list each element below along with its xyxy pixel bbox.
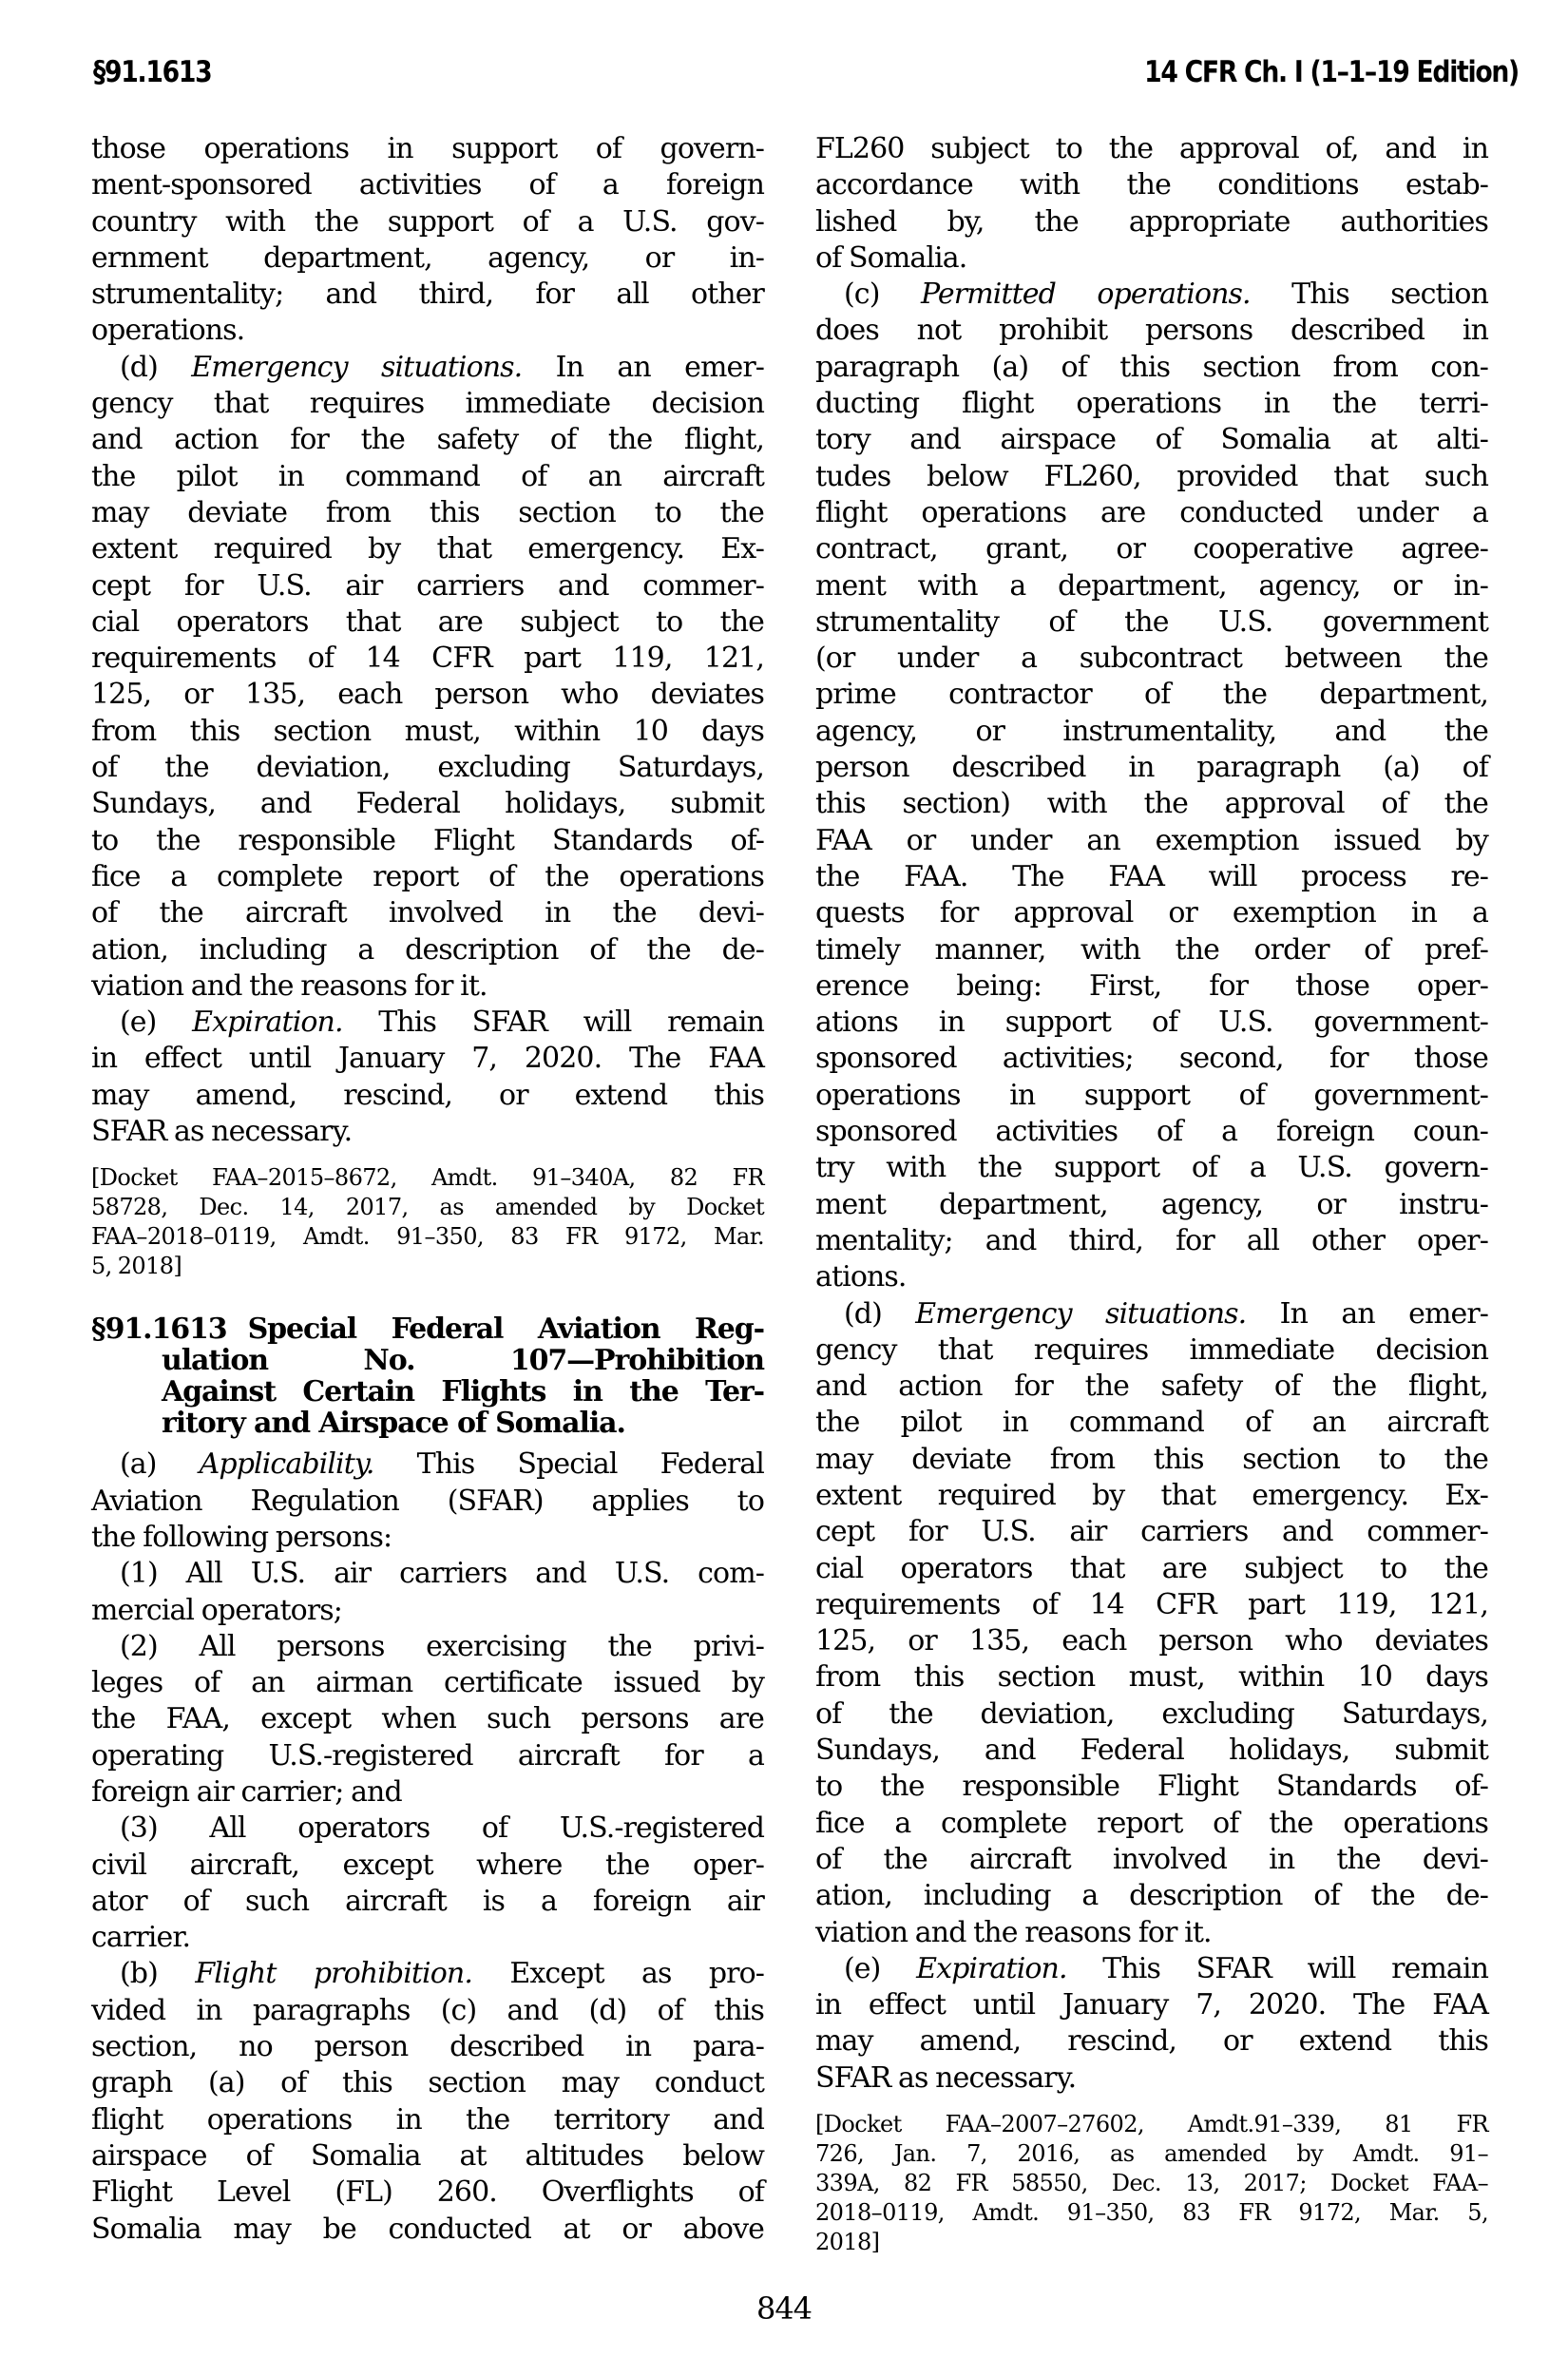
citation-note: [Docket FAA–2007–27602, Amdt.91–339, 81 …	[815, 2110, 1488, 2257]
paragraph-heading: Flight prohibition.	[195, 1957, 472, 1990]
left-column: those operations in support of govern- m…	[91, 131, 764, 2248]
running-header-title: 14 CFR Ch. I (1–1–19 Edition)	[1144, 55, 1519, 89]
page-number: 844	[0, 2290, 1568, 2327]
paragraph-e-expiration: (e) Expiration. This SFAR will remain in…	[91, 1005, 764, 1150]
paragraph-label: (b)	[120, 1957, 158, 1990]
paragraph-a3: (3) All operators of U.S.-registered civ…	[91, 1811, 764, 1956]
paragraph-e-expiration: (e) Expiration. This SFAR will remain in…	[815, 1951, 1488, 2097]
section-number: §91.1613	[91, 1313, 227, 1345]
paragraph-heading: Permitted operations.	[921, 278, 1251, 311]
paragraph-heading: Expiration.	[192, 1006, 343, 1039]
paragraph-label: (e)	[844, 1952, 880, 1985]
paragraph-a-applicability: (a) Applicability. This Special Federal …	[91, 1447, 764, 1556]
paragraph-heading: Applicability.	[200, 1447, 374, 1481]
paragraph-label: (d)	[120, 351, 158, 384]
running-header-section: §91.1613	[93, 55, 211, 89]
paragraph-c-permitted-operations: (c) Permitted operations. This section d…	[815, 277, 1488, 1295]
paragraph-a1: (1) All U.S. air carriers and U.S. com- …	[91, 1556, 764, 1629]
citation-note: [Docket FAA–2015–8672, Amdt. 91–340A, 82…	[91, 1163, 764, 1281]
paragraph-label: (d)	[844, 1297, 882, 1331]
paragraph-label: (a)	[120, 1447, 157, 1481]
continued-paragraph: FL260 subject to the approval of, and in…	[815, 131, 1488, 277]
paragraph-label: (e)	[120, 1006, 156, 1039]
paragraph-heading: Expiration.	[916, 1952, 1067, 1985]
paragraph-heading: Emergency situations.	[191, 351, 522, 384]
right-column: FL260 subject to the approval of, and in…	[815, 131, 1488, 2257]
paragraph-d-emergency: (d) Emergency situations. In an emer- ge…	[815, 1296, 1488, 1951]
continued-paragraph: those operations in support of govern- m…	[91, 131, 764, 350]
section-heading: §91.1613Special Federal Aviation Reg- ul…	[91, 1313, 764, 1439]
paragraph-d-emergency: (d) Emergency situations. In an emer- ge…	[91, 350, 764, 1005]
paragraph-b-flight-prohibition: (b) Flight prohibition. Except as pro- v…	[91, 1956, 764, 2247]
paragraph-a2: (2) All persons exercising the privi- le…	[91, 1629, 764, 1811]
paragraph-label: (c)	[844, 278, 880, 311]
paragraph-heading: Emergency situations.	[915, 1297, 1246, 1331]
